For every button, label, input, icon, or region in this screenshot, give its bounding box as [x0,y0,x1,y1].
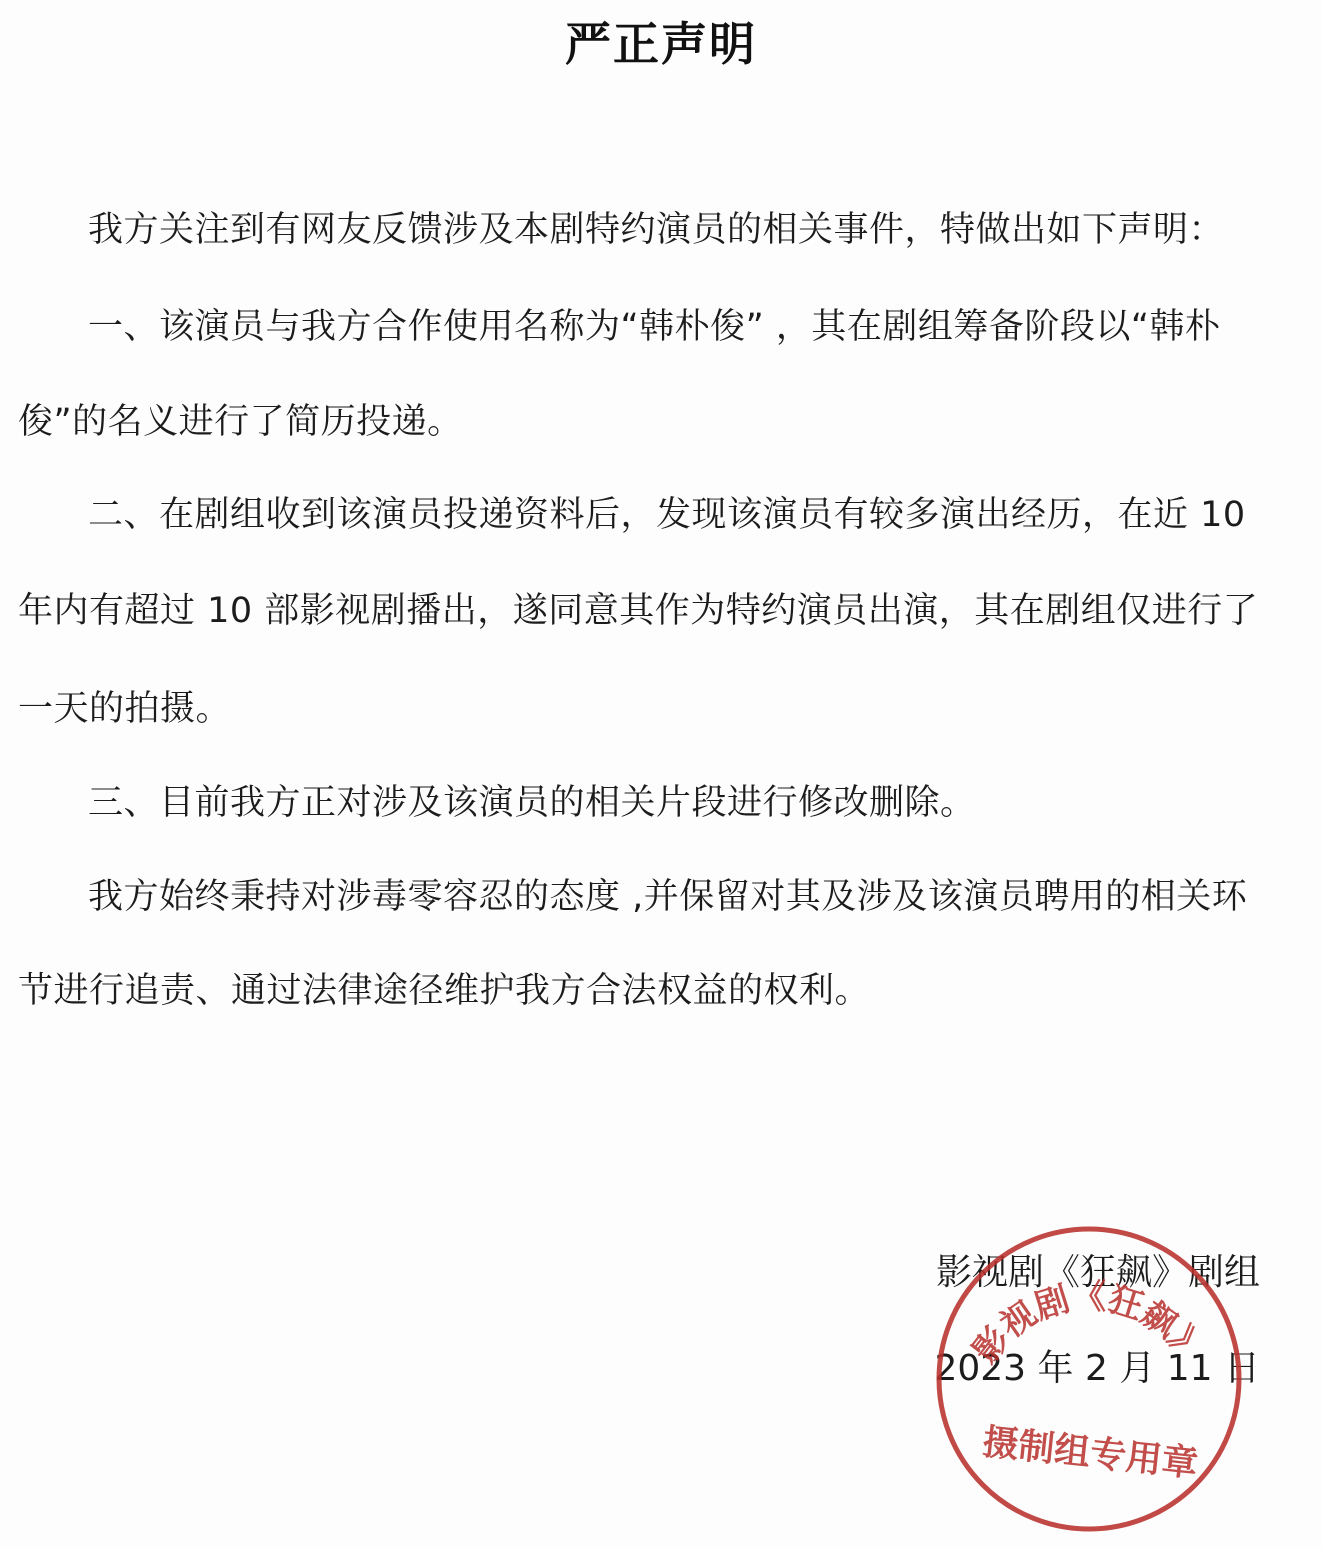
stamp-bottom-text: 摄制组专用章 [981,1421,1200,1485]
point-2-line-1: 二、在剧组收到该演员投递资料后，发现该演员有较多演出经历，在近 10 [88,490,1246,540]
point-3-line-1: 三、目前我方正对涉及该演员的相关片段进行修改删除。 [88,778,976,828]
document-title: 严正声明 [0,8,1322,74]
signature-date: 2023 年 2 月 11 日 [934,1344,1260,1394]
point-1-line-1: 一、该演员与我方合作使用名称为“韩朴俊” ，其在剧组筹备阶段以“韩朴 [88,302,1221,352]
signature-org: 影视剧《狂飙》剧组 [936,1248,1260,1298]
point-2-line-2: 年内有超过 10 部影视剧播出，遂同意其作为特约演员出演，其在剧组仅进行了 [18,586,1258,636]
point-2-line-3: 一天的拍摄。 [18,684,231,734]
statement-page: 严正声明 我方关注到有网友反馈涉及本剧特约演员的相关事件，特做出如下声明： 一、… [0,0,1322,1548]
point-1-line-2: 俊”的名义进行了简历投递。 [18,397,463,447]
closing-line-1: 我方始终秉持对涉毒零容忍的态度 ,并保留对其及涉及该演员聘用的相关环 [88,872,1247,922]
intro-paragraph: 我方关注到有网友反馈涉及本剧特约演员的相关事件，特做出如下声明： [88,205,1224,255]
closing-line-2: 节进行追责、通过法律途径维护我方合法权益的权利。 [18,966,870,1016]
